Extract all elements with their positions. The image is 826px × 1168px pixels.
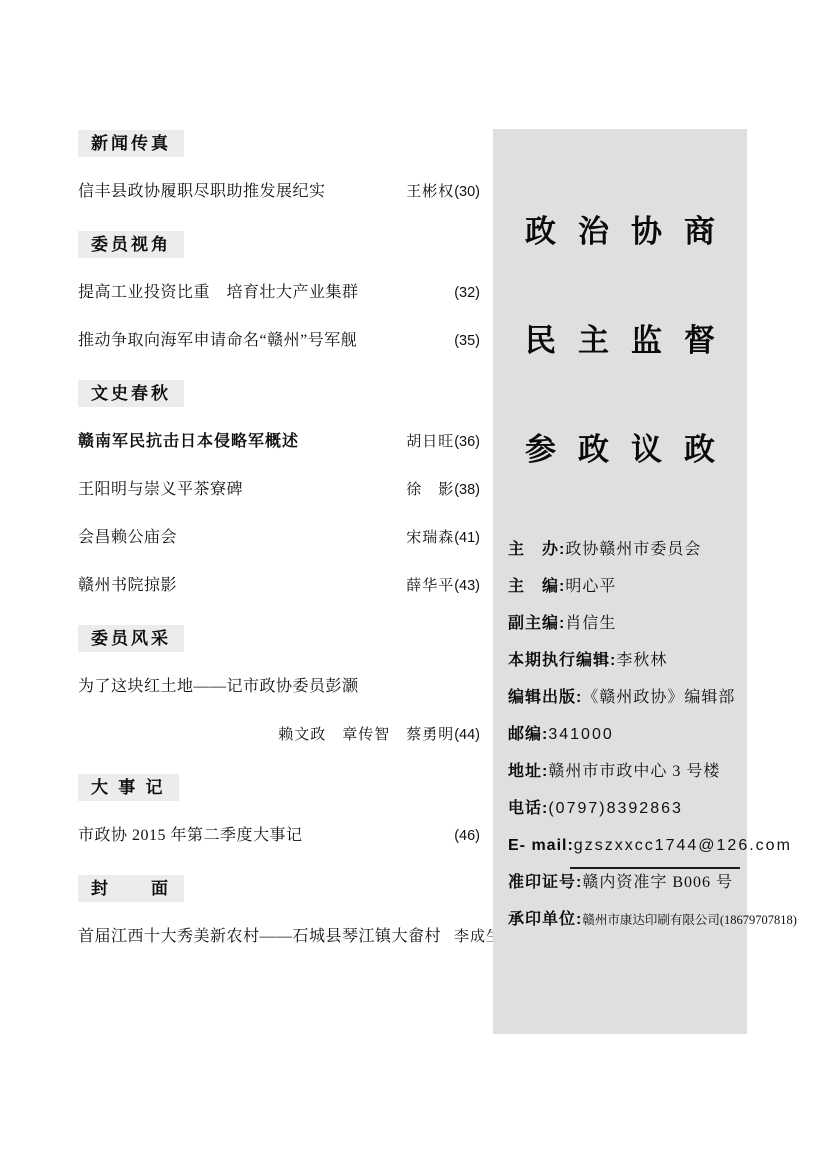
- info-value: 赣州市市政中心 3 号楼: [548, 763, 720, 780]
- article-title: 信丰县政协履职尽职助推发展纪实: [78, 183, 326, 201]
- article-author: 宋瑞森: [406, 530, 454, 546]
- info-label: 本期执行编辑:: [508, 652, 616, 669]
- publication-info: 主 办:政协赣州市委员会 主 编:明心平 副主编:肖信生 本期执行编辑:李秋林 …: [493, 540, 747, 930]
- toc-entry: 首届江西十大秀美新农村——石城县琴江镇大畲村 李成生 摄: [78, 928, 480, 946]
- article-title: 推动争取向海军申请命名“赣州”号军舰: [78, 332, 357, 350]
- info-label: 承印单位:: [508, 911, 582, 928]
- toc-entry: 提高工业投资比重 培育壮大产业集群 (32): [78, 284, 480, 302]
- info-label: 电话:: [508, 800, 548, 817]
- info-row-deputy-editor: 副主编:肖信生: [508, 614, 747, 634]
- info-row-organizer: 主 办:政协赣州市委员会: [508, 540, 747, 560]
- article-page: (38): [454, 482, 480, 498]
- article-title: 赣州书院掠影: [78, 577, 177, 595]
- table-of-contents: 新闻传真 信丰县政协履职尽职助推发展纪实 王彬权(30) 委员视角 提高工业投资…: [78, 130, 480, 976]
- article-author: 赖文政 章传智 蔡勇明: [278, 727, 454, 743]
- slogan-block: 政治协商 民主监督 参政议政: [493, 129, 747, 469]
- article-page: (30): [454, 184, 480, 200]
- article-page: (46): [454, 828, 480, 844]
- info-row-permit-number: 准印证号:赣内资准字 B006 号: [508, 873, 747, 893]
- info-label: E- mail:: [508, 837, 574, 854]
- section-header-cover: 封 面: [78, 875, 184, 902]
- article-title: 提高工业投资比重 培育壮大产业集群: [78, 284, 359, 302]
- info-label: 主 办:: [508, 541, 565, 558]
- article-author: 薛华平: [406, 578, 454, 594]
- article-page: (36): [454, 434, 480, 450]
- section-header-member-view: 委员视角: [78, 231, 184, 258]
- info-value: 政协赣州市委员会: [565, 541, 701, 558]
- article-page: (44): [454, 727, 480, 743]
- slogan-line: 政治协商: [493, 213, 747, 251]
- info-row-address: 地址:赣州市市政中心 3 号楼: [508, 762, 747, 782]
- article-title: 市政协 2015 年第二季度大事记: [78, 827, 303, 845]
- info-row-phone: 电话:(0797)8392863: [508, 799, 747, 819]
- section-header-history: 文史春秋: [78, 380, 184, 407]
- toc-entry: 推动争取向海军申请命名“赣州”号军舰 (35): [78, 332, 480, 350]
- info-row-email: E- mail:gzszxxcc1744@126.com: [508, 836, 747, 856]
- info-value: gzszxxcc1744@126.com: [574, 837, 792, 854]
- article-page: (43): [454, 578, 480, 594]
- info-row-executive-editor: 本期执行编辑:李秋林: [508, 651, 747, 671]
- toc-entry: 王阳明与崇义平茶寮碑 徐 影(38): [78, 481, 480, 499]
- toc-entry-authors: 赖文政 章传智 蔡勇明(44): [78, 726, 480, 744]
- info-label: 邮编:: [508, 726, 548, 743]
- article-title: 首届江西十大秀美新农村——石城县琴江镇大畲村: [78, 928, 441, 946]
- section-header-memorabilia: 大 事 记: [78, 774, 179, 801]
- info-label: 地址:: [508, 763, 548, 780]
- toc-entry: 为了这块红土地——记市政协委员彭灏: [78, 678, 480, 696]
- toc-entry: 赣南军民抗击日本侵略军概述 胡日旺(36): [78, 433, 480, 451]
- article-author: 徐 影: [406, 482, 454, 498]
- publication-panel: 政治协商 民主监督 参政议政 主 办:政协赣州市委员会 主 编:明心平 副主编:…: [493, 129, 747, 1034]
- info-value: 明心平: [565, 578, 616, 595]
- article-title: 为了这块红土地——记市政协委员彭灏: [78, 678, 359, 696]
- info-row-publisher: 编辑出版:《赣州政协》编辑部: [508, 688, 747, 708]
- separator-line: [570, 867, 740, 869]
- slogan-line: 参政议政: [493, 431, 747, 469]
- toc-entry: 信丰县政协履职尽职助推发展纪实 王彬权(30): [78, 183, 480, 201]
- info-row-chief-editor: 主 编:明心平: [508, 577, 747, 597]
- section-header-member-style: 委员风采: [78, 625, 184, 652]
- info-value: 341000: [548, 726, 613, 743]
- article-title: 王阳明与崇义平茶寮碑: [78, 481, 243, 499]
- info-value: 肖信生: [565, 615, 616, 632]
- article-author: 胡日旺: [406, 434, 454, 450]
- info-label: 准印证号:: [508, 874, 582, 891]
- article-page: (35): [454, 333, 480, 349]
- toc-entry: 赣州书院掠影 薛华平(43): [78, 577, 480, 595]
- info-label: 编辑出版:: [508, 689, 582, 706]
- slogan-line: 民主监督: [493, 322, 747, 360]
- article-author: 王彬权: [406, 184, 454, 200]
- section-header-news: 新闻传真: [78, 130, 184, 157]
- info-label: 主 编:: [508, 578, 565, 595]
- info-value: 《赣州政协》编辑部: [582, 689, 735, 706]
- info-value: 赣内资准字 B006 号: [582, 874, 733, 891]
- info-value: 赣州市康达印刷有限公司(18679707818): [582, 913, 797, 927]
- article-page: (41): [454, 530, 480, 546]
- info-label: 副主编:: [508, 615, 565, 632]
- article-title: 会昌赖公庙会: [78, 529, 177, 547]
- info-value: 李秋林: [616, 652, 667, 669]
- toc-entry: 会昌赖公庙会 宋瑞森(41): [78, 529, 480, 547]
- info-row-printer: 承印单位:赣州市康达印刷有限公司(18679707818): [508, 910, 747, 930]
- info-value: (0797)8392863: [548, 800, 683, 817]
- article-title: 赣南军民抗击日本侵略军概述: [78, 433, 299, 451]
- toc-entry: 市政协 2015 年第二季度大事记 (46): [78, 827, 480, 845]
- article-page: (32): [454, 285, 480, 301]
- info-row-postcode: 邮编:341000: [508, 725, 747, 745]
